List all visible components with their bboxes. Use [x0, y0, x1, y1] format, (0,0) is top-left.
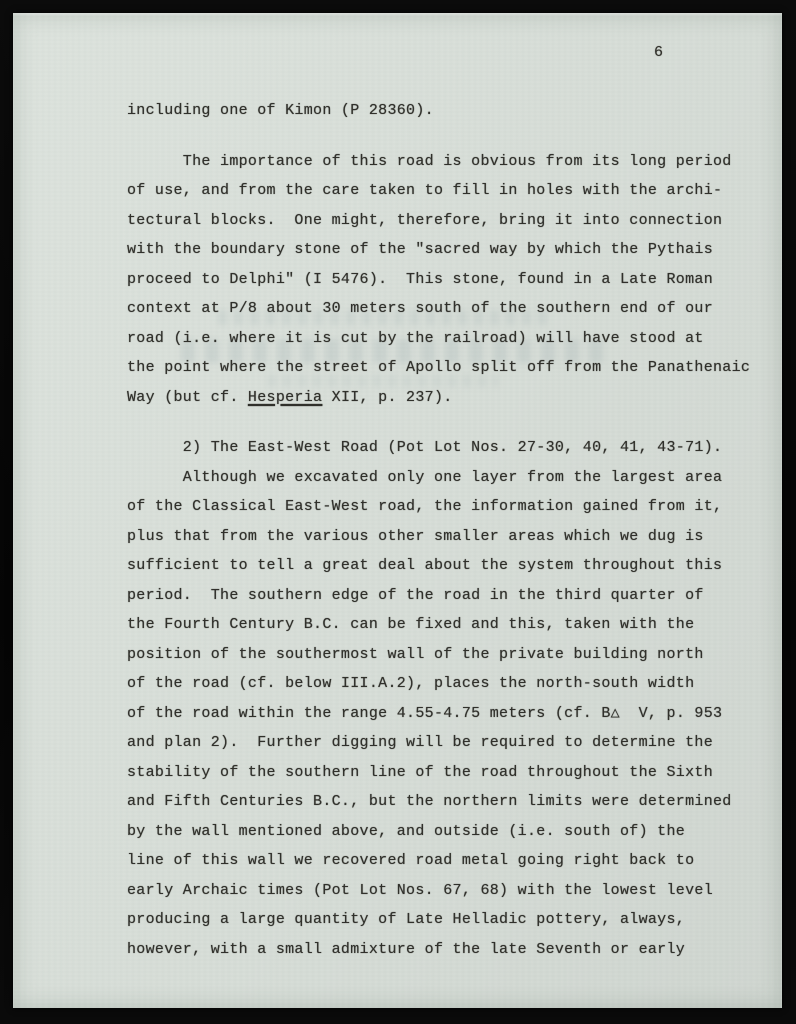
text-line: road (i.e. where it is cut by the railro…: [127, 324, 759, 354]
text-segment: XII, p. 237).: [322, 389, 452, 406]
text-line: the Fourth Century B.C. can be fixed and…: [127, 610, 759, 640]
page-number: 6: [654, 44, 663, 61]
text-line: including one of Kimon (P 28360).: [127, 96, 759, 126]
text-line: with the boundary stone of the "sacred w…: [127, 235, 759, 265]
text-line: and Fifth Centuries B.C., but the northe…: [127, 787, 759, 817]
text-line: of the Classical East-West road, the inf…: [127, 492, 759, 522]
text-line: of use, and from the care taken to fill …: [127, 176, 759, 206]
text-line: and plan 2). Further digging will be req…: [127, 728, 759, 758]
text-line: sufficient to tell a great deal about th…: [127, 551, 759, 581]
text-line: Way (but cf. Hesperia XII, p. 237).: [127, 383, 759, 413]
text-line: producing a large quantity of Late Hella…: [127, 905, 759, 935]
text-line: The importance of this road is obvious f…: [127, 147, 759, 177]
text-line: the point where the street of Apollo spl…: [127, 353, 759, 383]
text-line: tectural blocks. One might, therefore, b…: [127, 206, 759, 236]
text-line: period. The southern edge of the road in…: [127, 581, 759, 611]
paragraph: The importance of this road is obvious f…: [127, 147, 759, 413]
text-line: stability of the southern line of the ro…: [127, 758, 759, 788]
text-line: early Archaic times (Pot Lot Nos. 67, 68…: [127, 876, 759, 906]
text-line: of the road within the range 4.55-4.75 m…: [127, 699, 759, 729]
scan-frame: 6 including one of Kimon (P 28360). The …: [0, 0, 796, 1024]
paragraph: including one of Kimon (P 28360).: [127, 96, 759, 126]
underlined-journal-title: Hesperia: [248, 389, 322, 406]
text-line: line of this wall we recovered road meta…: [127, 846, 759, 876]
text-segment: Way (but cf.: [127, 389, 248, 406]
text-line: plus that from the various other smaller…: [127, 522, 759, 552]
text-body: including one of Kimon (P 28360). The im…: [127, 96, 759, 964]
text-line: position of the southermost wall of the …: [127, 640, 759, 670]
text-line: 2) The East-West Road (Pot Lot Nos. 27-3…: [127, 433, 759, 463]
text-line: Although we excavated only one layer fro…: [127, 463, 759, 493]
text-line: proceed to Delphi" (I 5476). This stone,…: [127, 265, 759, 295]
scanned-page: 6 including one of Kimon (P 28360). The …: [13, 13, 782, 1008]
paragraph: 2) The East-West Road (Pot Lot Nos. 27-3…: [127, 433, 759, 964]
text-line: by the wall mentioned above, and outside…: [127, 817, 759, 847]
text-line: context at P/8 about 30 meters south of …: [127, 294, 759, 324]
text-line: however, with a small admixture of the l…: [127, 935, 759, 965]
text-line: of the road (cf. below III.A.2), places …: [127, 669, 759, 699]
